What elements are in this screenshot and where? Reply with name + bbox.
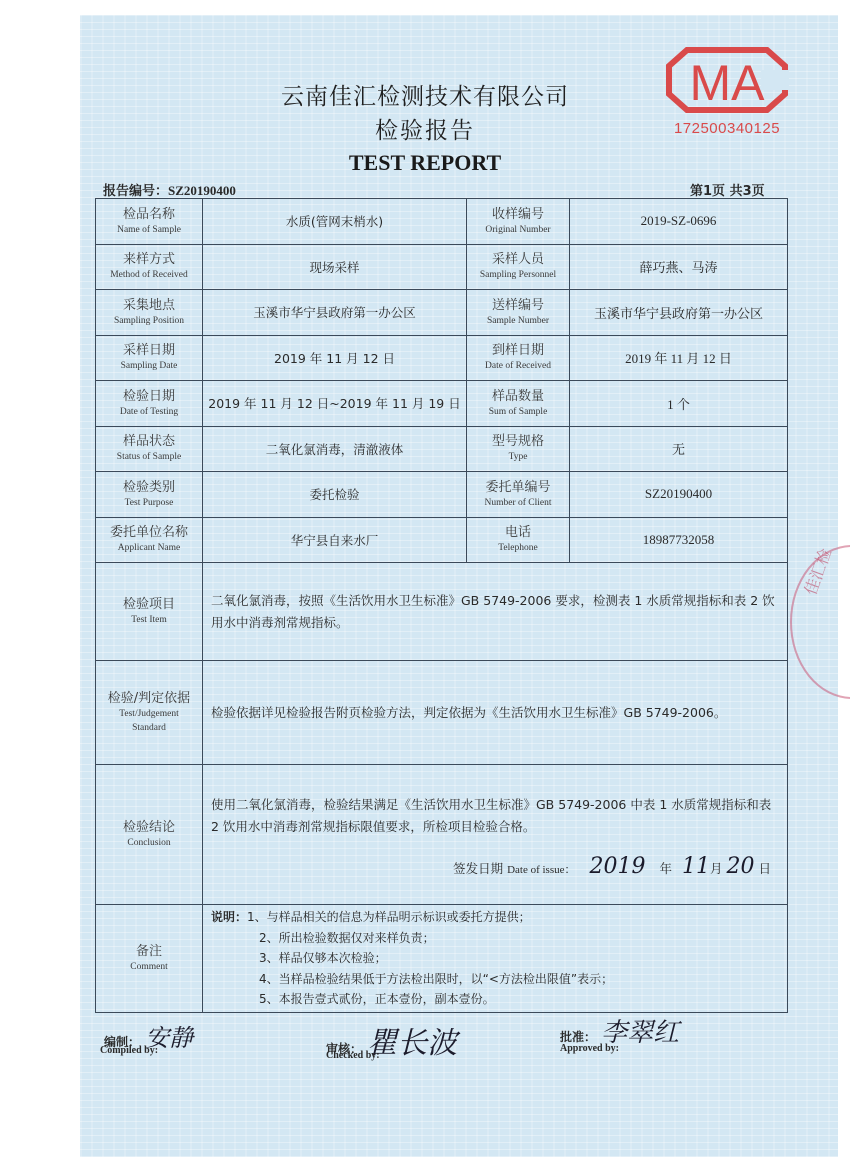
field-value: 2019 年 11 月 12 日 xyxy=(203,335,467,381)
field-label: 样品数量 Sum of Sample xyxy=(467,381,570,427)
comment-label: 备注 Comment xyxy=(96,905,203,1013)
field-label-en: Name of Sample xyxy=(96,223,202,237)
field-label-en: Status of Sample xyxy=(96,450,202,464)
field-value: 18987732058 xyxy=(570,517,788,563)
conclusion-row: 检验结论 Conclusion 使用二氧化氯消毒，检验结果满足《生活饮用水卫生标… xyxy=(96,765,788,905)
field-label-en: Sample Number xyxy=(467,314,569,328)
issue-month: 11 xyxy=(682,854,710,879)
field-value: 玉溪市华宁县政府第一办公区 xyxy=(203,290,467,336)
report-number: 报告编号：SZ20190400 xyxy=(103,180,236,199)
field-value: 玉溪市华宁县政府第一办公区 xyxy=(570,290,788,336)
field-label: 型号规格 Type xyxy=(467,426,570,472)
comment-item-4: 4、当样品检验结果低于方法检出限时，以“<方法检出限值”表示； xyxy=(211,969,779,990)
comment-prefix: 说明： xyxy=(211,910,247,924)
issue-day: 20 xyxy=(726,854,754,879)
field-label-en: Applicant Name xyxy=(96,541,202,555)
report-number-value: SZ20190400 xyxy=(168,183,236,198)
field-value: 2019 年 11 月 12 日~2019 年 11 月 19 日 xyxy=(203,381,467,427)
comment-item: 说明：1、与样品相关的信息为样品明示标识或委托方提供； xyxy=(211,907,779,928)
standard-row: 检验/判定依据 Test/Judgement Standard 检验依据详见检验… xyxy=(96,661,788,765)
checked-by: 审核： 瞿长波 Checked by: xyxy=(326,1018,457,1061)
field-label: 送样编号 Sample Number xyxy=(467,290,570,336)
field-label-cn: 型号规格 xyxy=(467,433,569,450)
checked-signature: 瞿长波 xyxy=(367,1026,457,1061)
report-title-en: TEST REPORT xyxy=(0,150,850,176)
field-value: 委托检验 xyxy=(203,472,467,518)
field-label: 采样日期 Sampling Date xyxy=(96,335,203,381)
field-label-en: Date of Testing xyxy=(96,405,202,419)
info-row: 检品名称 Name of Sample 水质(管网末梢水) 收样编号 Origi… xyxy=(96,199,788,245)
issue-label-en: Date of issue： xyxy=(507,864,575,876)
month-unit: 月 xyxy=(710,861,723,876)
field-label-en: Test Purpose xyxy=(96,496,202,510)
conclusion-label: 检验结论 Conclusion xyxy=(96,765,203,905)
field-label: 收样编号 Original Number xyxy=(467,199,570,245)
comment-item-1: 1、与样品相关的信息为样品明示标识或委托方提供； xyxy=(247,910,531,924)
comment-item-3: 3、样品仅够本次检验； xyxy=(211,948,779,969)
field-label: 电话 Telephone xyxy=(467,517,570,563)
field-label-cn: 委托单位名称 xyxy=(96,524,202,541)
field-label-cn: 到样日期 xyxy=(467,342,569,359)
field-value: 水质(管网末梢水) xyxy=(203,199,467,245)
field-value: 华宁县自来水厂 xyxy=(203,517,467,563)
field-value: 1 个 xyxy=(570,381,788,427)
comment-row: 备注 Comment 说明：1、与样品相关的信息为样品明示标识或委托方提供； 2… xyxy=(96,905,788,1013)
issue-label-cn: 签发日期 xyxy=(453,861,503,876)
field-label-en: Sampling Position xyxy=(96,314,202,328)
standard-label: 检验/判定依据 Test/Judgement Standard xyxy=(96,661,203,765)
field-label-en: Telephone xyxy=(467,541,569,555)
field-label-cn: 样品状态 xyxy=(96,433,202,450)
field-label-cn: 采样日期 xyxy=(96,342,202,359)
info-row: 检验类别 Test Purpose 委托检验 委托单编号 Number of C… xyxy=(96,472,788,518)
issue-date: 签发日期 Date of issue： 2019 年 11月20日 xyxy=(211,856,779,881)
comment-item-2: 2、所出检验数据仅对来样负责； xyxy=(211,928,779,949)
test-item-label-en: Test Item xyxy=(96,613,202,627)
conclusion-text: 使用二氧化氯消毒，检验结果满足《生活饮用水卫生标准》GB 5749-2006 中… xyxy=(211,794,779,838)
compiled-by: 编制： 安静 Compiled by: xyxy=(104,1018,193,1056)
field-label: 采集地点 Sampling Position xyxy=(96,290,203,336)
field-label-cn: 送样编号 xyxy=(467,297,569,314)
info-row: 来样方式 Method of Received 现场采样 采样人员 Sampli… xyxy=(96,244,788,290)
comment-label-en: Comment xyxy=(96,960,202,974)
info-row: 检验日期 Date of Testing 2019 年 11 月 12 日~20… xyxy=(96,381,788,427)
field-label-en: Sampling Personnel xyxy=(467,268,569,282)
comment-label-cn: 备注 xyxy=(96,943,202,960)
field-label-cn: 采样人员 xyxy=(467,251,569,268)
field-label-cn: 来样方式 xyxy=(96,251,202,268)
field-label-cn: 电话 xyxy=(467,524,569,541)
test-item-label: 检验项目 Test Item xyxy=(96,563,203,661)
field-label-en: Number of Client xyxy=(467,496,569,510)
field-label: 检品名称 Name of Sample xyxy=(96,199,203,245)
cma-number: 172500340125 xyxy=(660,120,794,137)
field-label: 检验类别 Test Purpose xyxy=(96,472,203,518)
field-label: 来样方式 Method of Received xyxy=(96,244,203,290)
standard-label-en-1: Test/Judgement xyxy=(96,707,202,721)
field-label-en: Date of Received xyxy=(467,359,569,373)
field-label-cn: 检品名称 xyxy=(96,206,202,223)
field-value: 2019 年 11 月 12 日 xyxy=(570,335,788,381)
field-label-en: Sum of Sample xyxy=(467,405,569,419)
comment-list: 说明：1、与样品相关的信息为样品明示标识或委托方提供； 2、所出检验数据仅对来样… xyxy=(203,905,788,1013)
conclusion-label-en: Conclusion xyxy=(96,836,202,850)
field-label-cn: 收样编号 xyxy=(467,206,569,223)
test-item-row: 检验项目 Test Item 二氧化氯消毒，按照《生活饮用水卫生标准》GB 57… xyxy=(96,563,788,661)
year-unit: 年 xyxy=(659,861,672,876)
field-label-cn: 样品数量 xyxy=(467,388,569,405)
info-row: 委托单位名称 Applicant Name 华宁县自来水厂 电话 Telepho… xyxy=(96,517,788,563)
test-item-text: 二氧化氯消毒，按照《生活饮用水卫生标准》GB 5749-2006 要求，检测表 … xyxy=(203,563,788,661)
field-label-cn: 检验日期 xyxy=(96,388,202,405)
field-label-en: Method of Received xyxy=(96,268,202,282)
field-label: 到样日期 Date of Received xyxy=(467,335,570,381)
field-label-cn: 检验类别 xyxy=(96,479,202,496)
cma-logo-icon: MA xyxy=(665,46,789,114)
field-label-en: Type xyxy=(467,450,569,464)
field-label: 采样人员 Sampling Personnel xyxy=(467,244,570,290)
field-value: 无 xyxy=(570,426,788,472)
info-row: 样品状态 Status of Sample 二氧化氯消毒，清澈液体 型号规格 T… xyxy=(96,426,788,472)
field-value: 二氧化氯消毒，清澈液体 xyxy=(203,426,467,472)
page-info: 第1页 共3页 xyxy=(690,180,765,199)
svg-text:MA: MA xyxy=(690,55,766,111)
approved-by: 批准： 李翠红 Approved by: xyxy=(560,1012,679,1054)
comment-item-5: 5、本报告壹式贰份，正本壹份，副本壹份。 xyxy=(211,989,779,1010)
field-label: 样品状态 Status of Sample xyxy=(96,426,203,472)
report-number-label: 报告编号： xyxy=(103,184,168,199)
info-row: 采样日期 Sampling Date 2019 年 11 月 12 日 到样日期… xyxy=(96,335,788,381)
field-label-en: Original Number xyxy=(467,223,569,237)
field-value: SZ20190400 xyxy=(570,472,788,518)
approved-label-cn: 批准： xyxy=(560,1030,596,1044)
field-label: 检验日期 Date of Testing xyxy=(96,381,203,427)
issue-year: 2019 xyxy=(589,854,645,879)
field-label-cn: 委托单编号 xyxy=(467,479,569,496)
standard-text: 检验依据详见检验报告附页检验方法，判定依据为《生活饮用水卫生标准》GB 5749… xyxy=(203,661,788,765)
report-table: 检品名称 Name of Sample 水质(管网末梢水) 收样编号 Origi… xyxy=(95,198,788,1013)
field-label-en: Sampling Date xyxy=(96,359,202,373)
info-row: 采集地点 Sampling Position 玉溪市华宁县政府第一办公区 送样编… xyxy=(96,290,788,336)
field-label-cn: 采集地点 xyxy=(96,297,202,314)
standard-label-en-2: Standard xyxy=(96,721,202,735)
field-value: 薛巧燕、马涛 xyxy=(570,244,788,290)
standard-label-cn: 检验/判定依据 xyxy=(96,690,202,707)
field-value: 2019-SZ-0696 xyxy=(570,199,788,245)
test-item-label-cn: 检验项目 xyxy=(96,596,202,613)
field-label: 委托单位名称 Applicant Name xyxy=(96,517,203,563)
conclusion-cell: 使用二氧化氯消毒，检验结果满足《生活饮用水卫生标准》GB 5749-2006 中… xyxy=(203,765,788,905)
field-label: 委托单编号 Number of Client xyxy=(467,472,570,518)
day-unit: 日 xyxy=(758,861,771,876)
conclusion-label-cn: 检验结论 xyxy=(96,819,202,836)
field-value: 现场采样 xyxy=(203,244,467,290)
